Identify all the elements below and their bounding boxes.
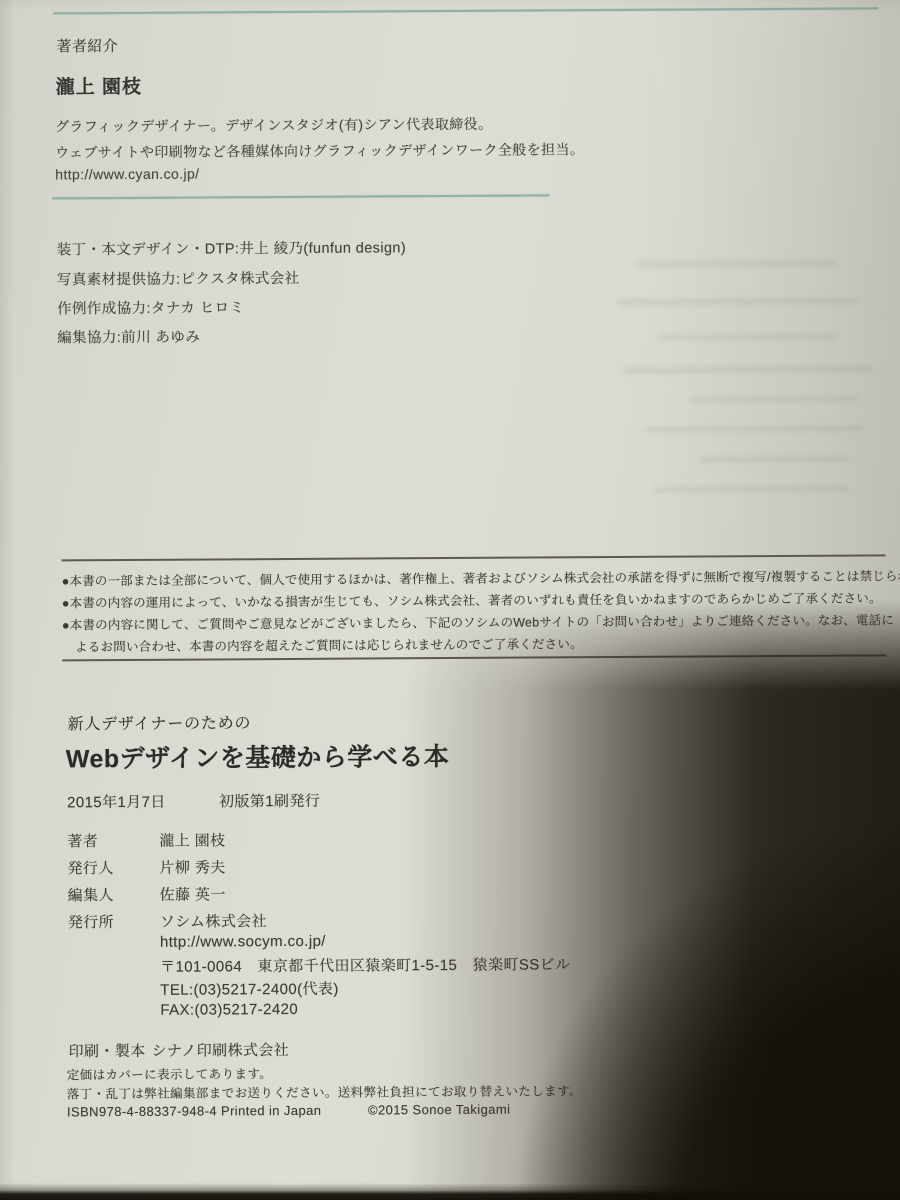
row-value: 片柳 秀夫 (159, 859, 225, 876)
notice-contact: ●本書の内容に関して、ご質問やご意見などがございましたら、下記のソシムのWebサ… (62, 609, 900, 658)
publisher-tel: TEL:(03)5217-2400(代表) (160, 978, 339, 1000)
colophon-row-author: 著者瀧上 園枝 (67, 829, 225, 851)
book-title: Webデザインを基礎から学べる本 (66, 737, 450, 775)
row-label: 編集人 (68, 884, 160, 906)
showthrough-ghost-text (638, 260, 838, 268)
showthrough-ghost-text (699, 456, 849, 463)
credit-samples: 作例作成協力:タナカ ヒロミ (57, 296, 244, 318)
colophon-row-publisher-person: 発行人片柳 秀夫 (67, 856, 225, 878)
printer-label: 印刷・製本 (69, 1040, 152, 1062)
printed-in-japan: Printed in Japan (221, 1103, 368, 1119)
publisher-fax: FAX:(03)5217-2420 (160, 1001, 298, 1019)
edition-info: 初版第1刷発行 (219, 793, 320, 811)
price-note: 定価はカバーに表示してあります。 (67, 1064, 273, 1083)
author-bio-line2: ウェブサイトや印刷物など各種媒体向けグラフィックデザインワーク全般を担当。 (55, 139, 584, 162)
showthrough-ghost-text (623, 365, 873, 374)
credit-design: 装丁・本文デザイン・DTP:井上 綾乃(funfun design) (57, 236, 406, 259)
author-intro-heading: 著者紹介 (56, 35, 118, 56)
publisher-url: http://www.socym.co.jp/ (160, 933, 326, 951)
colophon-row-publisher: 発行所ソシム株式会社 (68, 910, 267, 932)
author-name: 瀧上 園枝 (56, 72, 142, 100)
series-title: 新人デザイナーのための (68, 710, 252, 734)
row-label: 著者 (67, 830, 159, 852)
showthrough-ghost-text (658, 334, 838, 341)
book-colophon-photo: 著者紹介 瀧上 園枝 グラフィックデザイナー。デザインスタジオ(有)シアン代表取… (0, 0, 900, 1200)
edition-date: 2015年1月7日 (67, 790, 219, 812)
edition-line: 2015年1月7日初版第1刷発行 (67, 790, 320, 813)
credit-photo: 写真素材提供協力:ピクスタ株式会社 (57, 267, 300, 289)
isbn-line: ISBN978-4-88337-948-4Printed in Japan©20… (67, 1102, 510, 1120)
showthrough-ghost-text (618, 298, 858, 306)
printer-value: シナノ印刷株式会社 (152, 1042, 290, 1060)
divider-accent-short (52, 194, 549, 199)
row-label: 発行人 (67, 857, 159, 879)
showthrough-ghost-text (654, 486, 849, 493)
publisher-address: 〒101-0064 東京都千代田区猿楽町1-5-15 猿楽町SSビル (160, 953, 570, 977)
showthrough-ghost-text (689, 395, 859, 402)
showthrough-ghost-text (644, 425, 864, 432)
isbn-number: ISBN978-4-88337-948-4 (67, 1103, 221, 1119)
colophon-row-editor: 編集人佐藤 英一 (68, 883, 226, 905)
divider-top-accent (53, 7, 878, 14)
row-value: ソシム株式会社 (160, 913, 267, 931)
author-studio-url: http://www.cyan.co.jp/ (55, 166, 199, 183)
author-bio-line1: グラフィックデザイナー。デザインスタジオ(有)シアン代表取締役。 (55, 114, 493, 137)
book-page: 著者紹介 瀧上 園枝 グラフィックデザイナー。デザインスタジオ(有)シアン代表取… (0, 0, 900, 1200)
credit-editing: 編集協力:前川 あゆみ (57, 326, 200, 348)
row-value: 佐藤 英一 (160, 886, 226, 903)
notices-rule-top (62, 554, 886, 561)
printer-row: 印刷・製本シナノ印刷株式会社 (69, 1039, 290, 1061)
returns-note: 落丁・乱丁は弊社編集部までお送りください。送料弊社負担にてお取り替えいたします。 (67, 1081, 582, 1102)
row-value: 瀧上 園枝 (159, 832, 225, 849)
copyright-notice: ©2015 Sonoe Takigami (368, 1102, 510, 1118)
row-label: 発行所 (68, 911, 160, 933)
